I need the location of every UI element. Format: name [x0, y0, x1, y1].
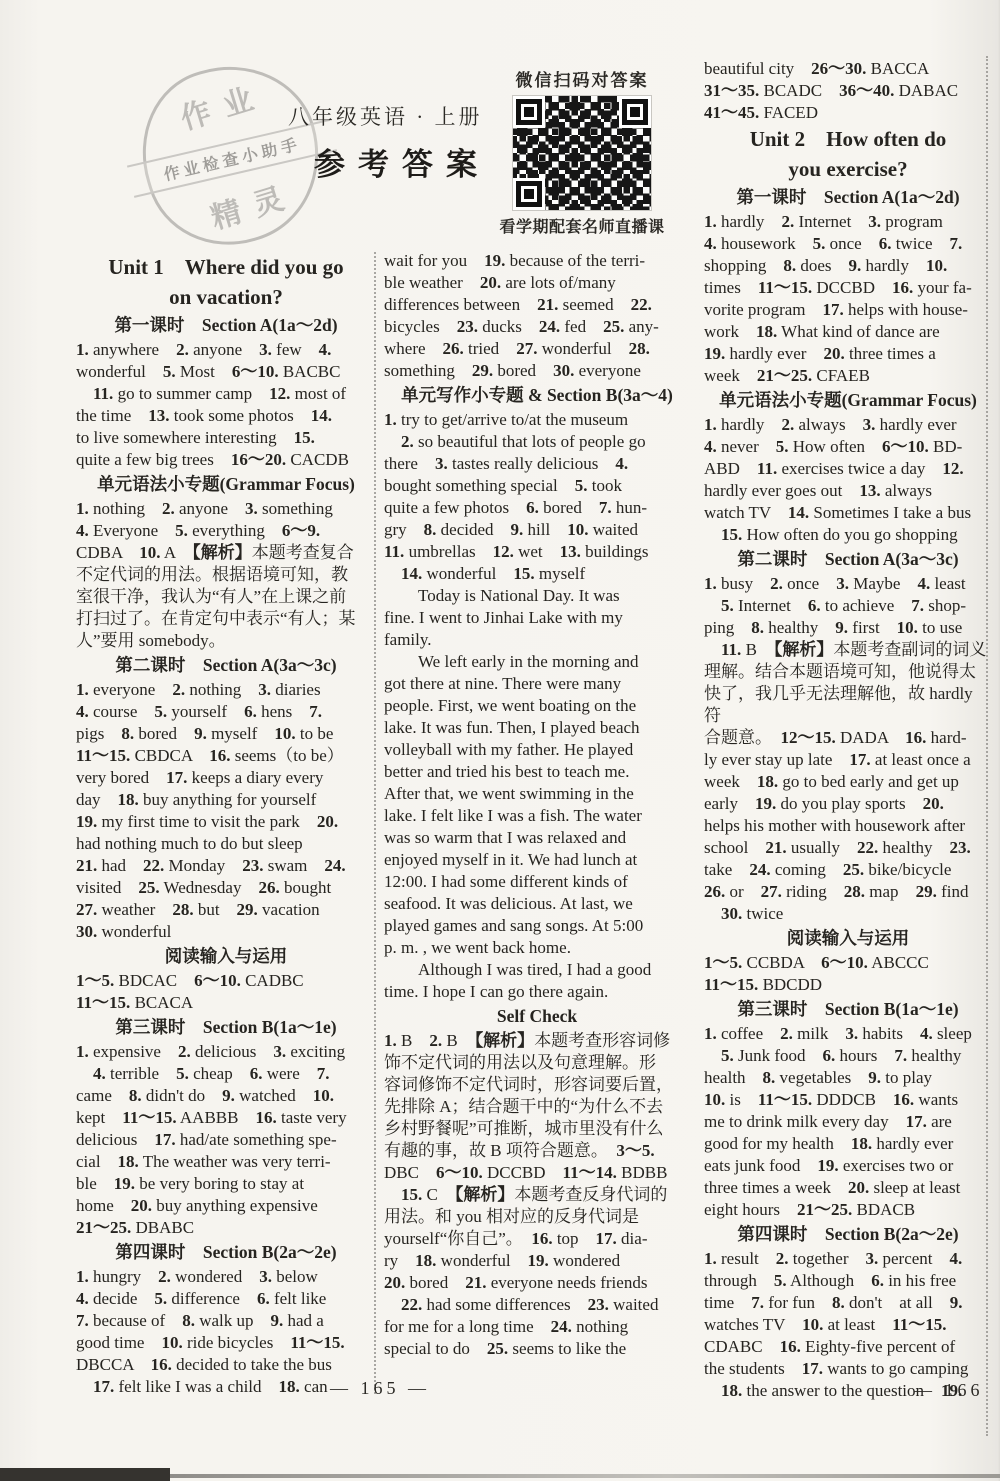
- section-heading: Self Check: [384, 1003, 690, 1030]
- section-heading: 第三课时 Section B(1a～1e): [704, 996, 992, 1023]
- stamp-ring: [121, 44, 341, 266]
- section-heading: 单元写作小专题 & Section B(3a～4): [384, 382, 690, 409]
- section-heading: 单元语法小专题(Grammar Focus): [76, 471, 376, 498]
- section-heading: 单元语法小专题(Grammar Focus): [704, 387, 992, 414]
- answer-block: 1. busy 2. once 3. Maybe 4. least 5. Int…: [704, 573, 992, 925]
- section-heading: 第二课时 Section A(3a～3c): [76, 652, 376, 679]
- scan-artifact-bottom-line: [170, 1474, 1000, 1478]
- section-heading: 第四课时 Section B(2a～2e): [76, 1239, 376, 1266]
- qr-finder-icon: [516, 99, 542, 125]
- stamp-text-bottom: 精灵: [156, 159, 337, 253]
- qr-code-icon: [513, 96, 651, 210]
- answers-column-right: beautiful city 26～30. BACCA 31～35. BCADC…: [704, 58, 992, 1402]
- answer-block: 1. expensive 2. delicious 3. exciting 4.…: [76, 1041, 376, 1239]
- answer-block: Today is National Day. It was fine. I we…: [384, 585, 690, 1003]
- page-number-165: — 165 —: [300, 1378, 460, 1399]
- page-title: 参考答案: [314, 139, 490, 184]
- scan-artifact-bottom-left: [0, 1468, 170, 1481]
- book-title: 八年级英语 · 上册: [288, 101, 483, 131]
- answer-block: 1. nothing 2. anyone 3. something 4. Eve…: [76, 498, 376, 652]
- section-heading: 第一课时 Section A(1a～2d): [704, 184, 992, 211]
- answer-block: 1. try to get/arrive to/at the museum 2.…: [384, 409, 690, 585]
- qr-caption-bottom: 看学期配套名师直播课: [497, 214, 667, 237]
- section-heading: 第四课时 Section B(2a～2e): [704, 1221, 992, 1248]
- answer-block: 1. hardly 2. always 3. hardly ever 4. ne…: [704, 414, 992, 546]
- answer-block: beautiful city 26～30. BACCA 31～35. BCADC…: [704, 58, 992, 124]
- section-heading: 第二课时 Section A(3a～3c): [704, 546, 992, 573]
- section-heading: Unit 1 Where did you go on vacation?: [76, 252, 376, 312]
- homework-checker-stamp: 作业 作业检查小助手 精灵: [121, 44, 341, 266]
- answer-block: 1～5. CCBDA 6～10. ABCCC 11～15. BDCDD: [704, 952, 992, 996]
- qr-block: 微信扫码对答案 看学期配套名师直播课: [497, 66, 667, 237]
- answer-block: wait for you 19. because of the terri- b…: [384, 250, 690, 382]
- qr-finder-icon: [622, 99, 648, 125]
- page-number-166: — 166: [914, 1380, 984, 1401]
- qr-finder-icon: [516, 181, 542, 207]
- answer-block: 1. everyone 2. nothing 3. diaries 4. cou…: [76, 679, 376, 943]
- answer-block: 1. coffee 2. milk 3. habits 4. sleep 5. …: [704, 1023, 992, 1221]
- answers-column-middle: wait for you 19. because of the terri- b…: [384, 250, 690, 1360]
- answer-block: 1. hardly 2. Internet 3. program 4. hous…: [704, 211, 992, 387]
- answer-block: 1. anywhere 2. anyone 3. few 4. wonderfu…: [76, 339, 376, 471]
- answer-block: 1. B 2. B 【解析】本题考查形容词修 饰不定代词的用法以及句意理解。形 …: [384, 1030, 690, 1360]
- answer-block: 1～5. BDCAC 6～10. CADBC 11～15. BCACA: [76, 970, 376, 1014]
- scanned-answer-page: 作业 作业检查小助手 精灵 八年级英语 · 上册 参考答案 微信扫码对答案 看学…: [0, 0, 1000, 1481]
- stamp-text-top: 作业: [126, 59, 307, 153]
- answer-block: 1. result 2. together 3. percent 4. thro…: [704, 1248, 992, 1402]
- answers-column-left: Unit 1 Where did you go on vacation?第一课时…: [76, 252, 376, 1398]
- section-heading: 阅读输入与运用: [76, 943, 376, 970]
- section-heading: 阅读输入与运用: [704, 925, 992, 952]
- section-heading: 第三课时 Section B(1a～1e): [76, 1014, 376, 1041]
- section-heading: 第一课时 Section A(1a～2d): [76, 312, 376, 339]
- section-heading: Unit 2 How often do you exercise?: [704, 124, 992, 184]
- qr-caption-top: 微信扫码对答案: [497, 66, 667, 91]
